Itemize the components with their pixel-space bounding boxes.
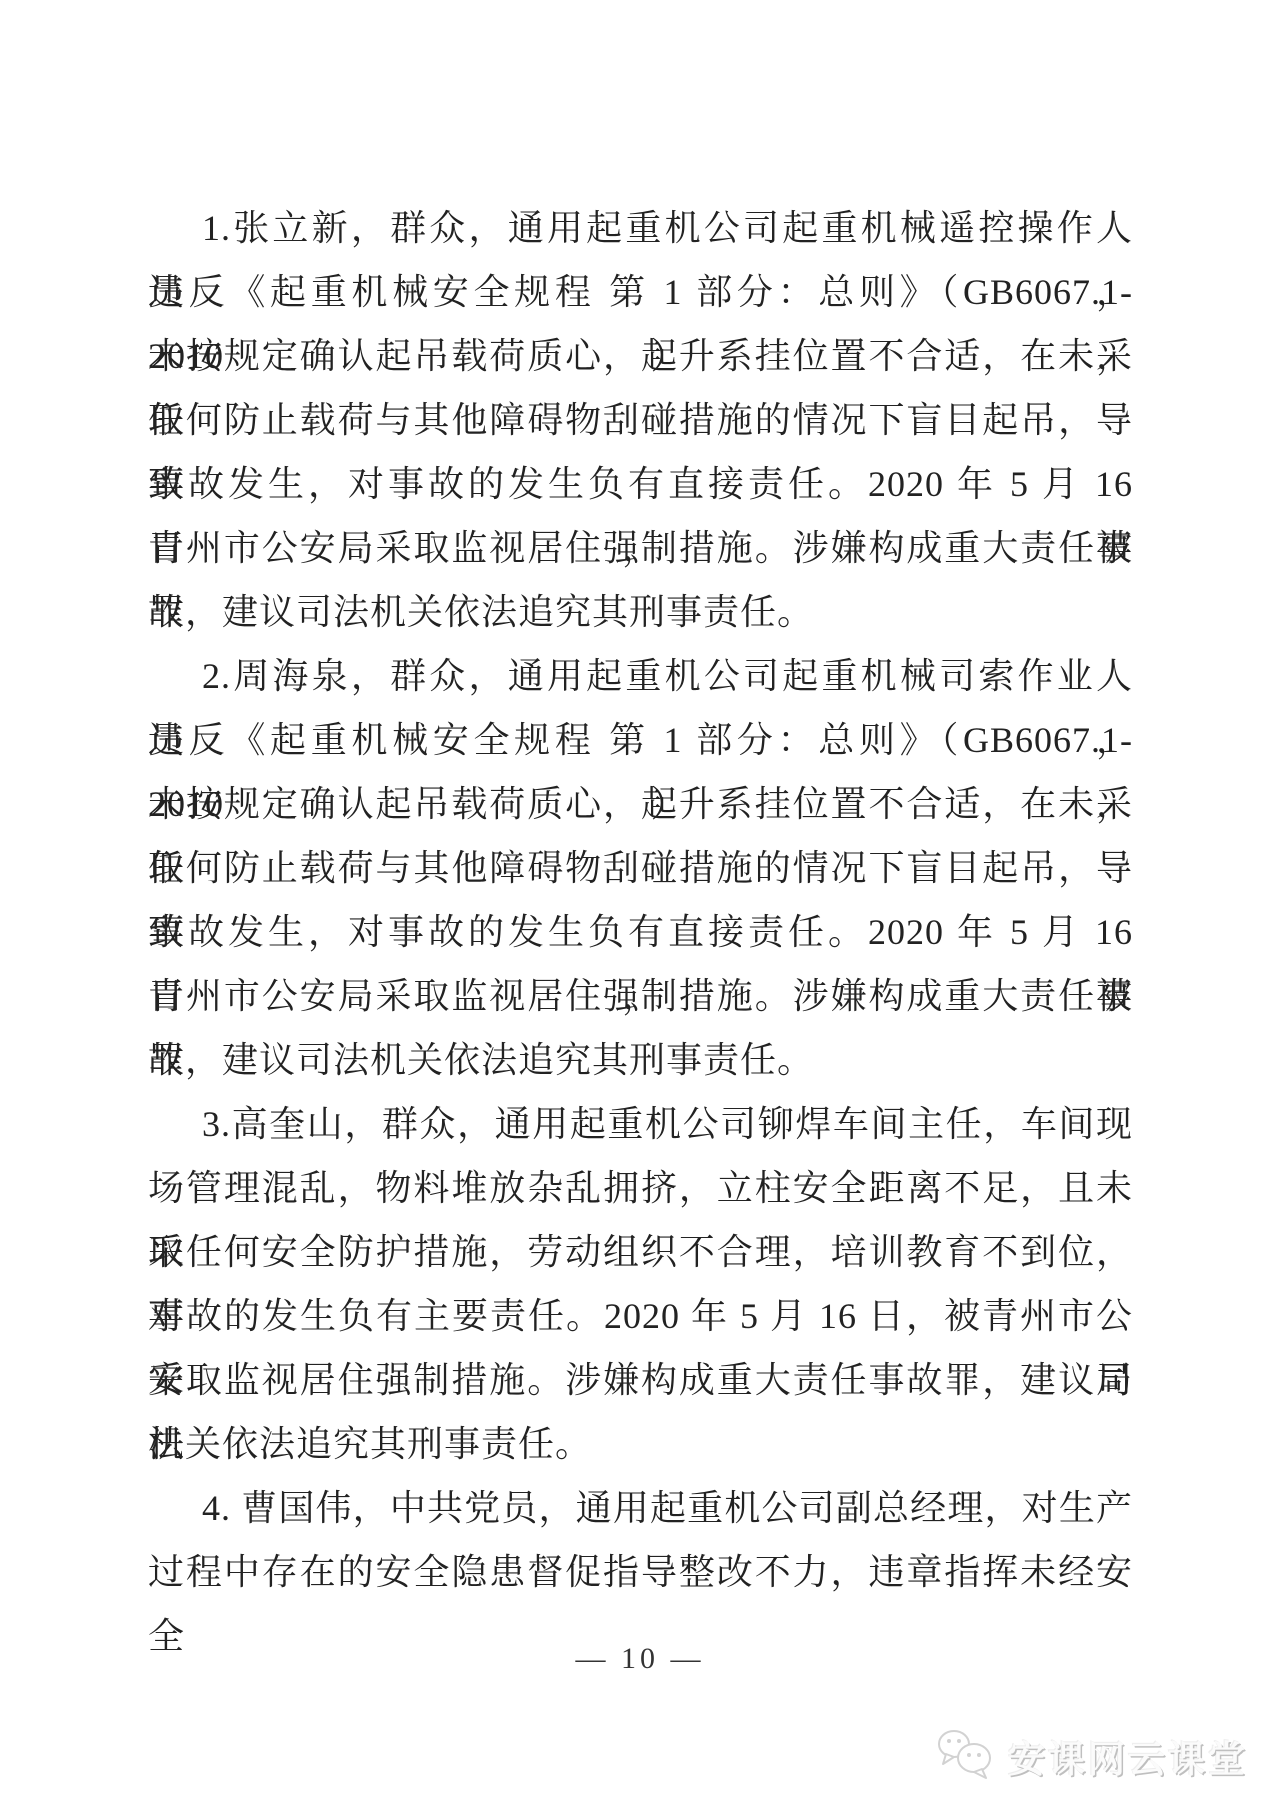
text-line: 取任何安全防护措施，劳动组织不合理，培训教育不到位，对 — [148, 1220, 1133, 1284]
paragraph-2: 2.周海泉，群众，通用起重机公司起重机械司索作业人员， 违反《起重机械安全规程 … — [148, 644, 1133, 1092]
text-line: 任何防止载荷与其他障碍物刮碰措施的情况下盲目起吊，导致 — [148, 388, 1133, 452]
text-line: 采取监视居住强制措施。涉嫌构成重大责任事故罪，建议司法 — [148, 1348, 1133, 1412]
watermark: 安课网云课堂 — [934, 1726, 1248, 1785]
document-body: 1.张立新，群众，通用起重机公司起重机械遥控操作人员， 违反《起重机械安全规程 … — [148, 196, 1133, 1604]
text-line: 违反《起重机械安全规程 第 1 部分：总则》（GB6067.1-2010）， — [148, 708, 1133, 772]
text-line: 违反《起重机械安全规程 第 1 部分：总则》（GB6067.1-2010）， — [148, 260, 1133, 324]
document-page: 1.张立新，群众，通用起重机公司起重机械遥控操作人员， 违反《起重机械安全规程 … — [0, 0, 1280, 1810]
text-line: 事故发生，对事故的发生负有直接责任。2020 年 5 月 16 日，被 — [148, 452, 1133, 516]
text-line: 罪，建议司法机关依法追究其刑事责任。 — [148, 580, 1133, 644]
page-number: — 10 — — [0, 1642, 1280, 1676]
text-line: 4. 曹国伟，中共党员，通用起重机公司副总经理，对生产 — [148, 1476, 1133, 1540]
text-line: 青州市公安局采取监视居住强制措施。涉嫌构成重大责任事故 — [148, 964, 1133, 1028]
chat-bubbles-icon — [934, 1726, 996, 1785]
paragraph-1: 1.张立新，群众，通用起重机公司起重机械遥控操作人员， 违反《起重机械安全规程 … — [148, 196, 1133, 644]
text-line: 任何防止载荷与其他障碍物刮碰措施的情况下盲目起吊，导致 — [148, 836, 1133, 900]
text-line: 2.周海泉，群众，通用起重机公司起重机械司索作业人员， — [148, 644, 1133, 708]
text-line: 场管理混乱，物料堆放杂乱拥挤，立柱安全距离不足，且未采 — [148, 1156, 1133, 1220]
text-line: 罪，建议司法机关依法追究其刑事责任。 — [148, 1028, 1133, 1092]
text-line: 3.高奎山，群众，通用起重机公司铆焊车间主任，车间现 — [148, 1092, 1133, 1156]
text-line: 过程中存在的安全隐患督促指导整改不力，违章指挥未经安全 — [148, 1540, 1133, 1604]
paragraph-4: 4. 曹国伟，中共党员，通用起重机公司副总经理，对生产 过程中存在的安全隐患督促… — [148, 1476, 1133, 1604]
text-line: 1.张立新，群众，通用起重机公司起重机械遥控操作人员， — [148, 196, 1133, 260]
watermark-text: 安课网云课堂 — [1008, 1729, 1248, 1783]
text-line: 事故的发生负有主要责任。2020 年 5 月 16 日，被青州市公安局 — [148, 1284, 1133, 1348]
paragraph-3: 3.高奎山，群众，通用起重机公司铆焊车间主任，车间现 场管理混乱，物料堆放杂乱拥… — [148, 1092, 1133, 1476]
text-line: 未按规定确认起吊载荷质心，起升系挂位置不合适，在未采取 — [148, 324, 1133, 388]
text-line: 未按规定确认起吊载荷质心，起升系挂位置不合适，在未采取 — [148, 772, 1133, 836]
text-line: 机关依法追究其刑事责任。 — [148, 1412, 1133, 1476]
text-line: 事故发生，对事故的发生负有直接责任。2020 年 5 月 16 日，被 — [148, 900, 1133, 964]
text-line: 青州市公安局采取监视居住强制措施。涉嫌构成重大责任事故 — [148, 516, 1133, 580]
